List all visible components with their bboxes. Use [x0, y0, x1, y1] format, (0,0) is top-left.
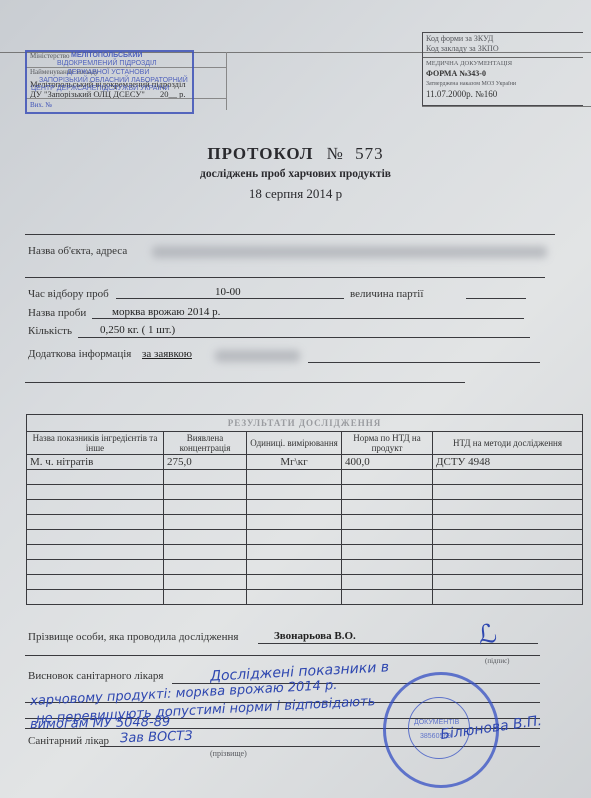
- table-cell: [342, 545, 433, 560]
- table-cell: [342, 590, 433, 605]
- table-cell: [342, 575, 433, 590]
- table-cell: [27, 530, 164, 545]
- table-row: [27, 500, 583, 515]
- batch-size-underline: [466, 298, 526, 299]
- table-cell: Мг\кг: [247, 455, 342, 470]
- table-row: [27, 590, 583, 605]
- stamp-line: ДЕРЖАВНОЇ УСТАНОВИ: [67, 69, 149, 76]
- rule-line: [25, 655, 540, 656]
- table-cell: [433, 545, 583, 560]
- sample-name-label: Назва проби: [28, 307, 86, 319]
- header-divider: [226, 52, 227, 110]
- researcher-label: Прізвище особи, яка проводила дослідженн…: [28, 631, 238, 643]
- table-cell: [247, 470, 342, 485]
- table-cell: [27, 560, 164, 575]
- approved-label: Затверджена наказом МОЗ України: [426, 81, 516, 87]
- protocol-date: 18 серпня 2014 р: [0, 186, 591, 202]
- table-cell: [433, 500, 583, 515]
- table-cell: [164, 485, 247, 500]
- underline: [308, 362, 540, 363]
- table-cell: [164, 575, 247, 590]
- table-cell: 275,0: [164, 455, 247, 470]
- table-cell: [247, 485, 342, 500]
- table-row: [27, 560, 583, 575]
- table-cell: [342, 500, 433, 515]
- surname-caption: (прізвище): [210, 749, 247, 758]
- table-cell: [164, 515, 247, 530]
- table-row: [27, 515, 583, 530]
- okud-label: Код форми за ЗКУД: [426, 34, 493, 43]
- batch-size-label: величина партії: [350, 288, 423, 300]
- table-cell: [342, 470, 433, 485]
- signature-caption: (підпис): [485, 657, 510, 665]
- table-cell: [164, 590, 247, 605]
- table-cell: [27, 545, 164, 560]
- table-cell: [433, 575, 583, 590]
- table-row: [27, 545, 583, 560]
- sampling-time-label: Час відбору проб: [28, 288, 109, 300]
- table-cell: [342, 515, 433, 530]
- table-cell: [164, 500, 247, 515]
- researcher-name: Звонарьова В.О.: [274, 630, 356, 642]
- table-row: [27, 530, 583, 545]
- protocol-label: ПРОТОКОЛ: [207, 144, 313, 163]
- underline: [92, 318, 524, 319]
- object-value-redacted: [152, 246, 547, 258]
- number-sign: №: [327, 144, 344, 163]
- column-header: НТД на методи дослідження: [433, 432, 583, 455]
- table-cell: [433, 470, 583, 485]
- table-cell: [342, 485, 433, 500]
- results-title: РЕЗУЛЬТАТИ ДОСЛІДЖЕННЯ: [27, 415, 583, 432]
- sampling-time-value: 10-00: [215, 286, 241, 298]
- form-code-box: Код форми за ЗКУД Код закладу за ЗКПО МЕ…: [422, 32, 583, 106]
- table-cell: [247, 545, 342, 560]
- table-cell: [342, 530, 433, 545]
- stamp-line: ЗАПОРІЗЬКИЙ ОБЛАСНИЙ ЛАБОРАТОРНИЙ: [39, 77, 188, 84]
- doctor-label: Санітарний лікар: [28, 735, 109, 747]
- doctor-value: Зав ВОСТЗ: [120, 729, 193, 747]
- table-cell: [164, 560, 247, 575]
- zkpo-label: Код закладу за ЗКПО: [426, 44, 499, 53]
- table-cell: [164, 470, 247, 485]
- column-header: Норма по НТД на продукт: [342, 432, 433, 455]
- underline: [78, 337, 530, 338]
- additional-info-redacted: [215, 350, 300, 362]
- table-cell: [164, 530, 247, 545]
- stamp-line: МЕЛІТОПОЛЬСЬКИЙ: [71, 52, 142, 59]
- results-header-row: Назва показників інгредієнтів та інше Ви…: [27, 432, 583, 455]
- protocol-title: ПРОТОКОЛ № 573: [0, 144, 591, 164]
- table-cell: [342, 560, 433, 575]
- table-cell: М. ч. нітратів: [27, 455, 164, 470]
- table-row: [27, 575, 583, 590]
- conclusion-label: Висновок санітарного лікаря: [28, 670, 163, 682]
- table-cell: [27, 575, 164, 590]
- table-cell: [164, 545, 247, 560]
- table-row: М. ч. нітратів275,0Мг\кг400,0ДСТУ 4948: [27, 455, 583, 470]
- box-divider: [423, 57, 583, 58]
- underline: [116, 298, 344, 299]
- header-bottom-line: [422, 106, 591, 107]
- table-cell: [247, 530, 342, 545]
- department-stamp: МЕЛІТОПОЛЬСЬКИЙ ВІДОКРЕМЛЕНИЙ ПІДРОЗДІЛ …: [25, 50, 194, 114]
- stamp-line: ЦЕНТР ДЕРЖСАНЕПІДСЛУЖБИ УКРАЇНИ: [31, 85, 170, 92]
- table-cell: ДСТУ 4948: [433, 455, 583, 470]
- form-number: ФОРМА №343-0: [426, 69, 486, 78]
- table-row: [27, 485, 583, 500]
- table-cell: [433, 485, 583, 500]
- table-cell: [247, 515, 342, 530]
- table-cell: [27, 515, 164, 530]
- approved-date: 11.07.2000р. №160: [426, 89, 497, 99]
- table-cell: [433, 515, 583, 530]
- table-cell: [433, 590, 583, 605]
- column-header: Виявлена концентрація: [164, 432, 247, 455]
- stamp-line: ВІДОКРЕМЛЕНИЙ ПІДРОЗДІЛ: [57, 60, 157, 67]
- column-header: Одиниці. вимірювання: [247, 432, 342, 455]
- object-label: Назва об'єкта, адреса: [28, 245, 127, 257]
- quantity-label: Кількість: [28, 325, 72, 337]
- column-header: Назва показників інгредієнтів та інше: [27, 432, 164, 455]
- rule-line: [25, 277, 545, 278]
- med-doc-label: МЕДИЧНА ДОКУМЕНТАЦІЯ: [426, 60, 512, 67]
- sample-name-value: морква врожаю 2014 р.: [112, 306, 220, 318]
- table-cell: [247, 575, 342, 590]
- table-cell: [27, 590, 164, 605]
- table-cell: [433, 530, 583, 545]
- rule-line: [25, 234, 555, 235]
- table-cell: [247, 590, 342, 605]
- results-table: РЕЗУЛЬТАТИ ДОСЛІДЖЕННЯ Назва показників …: [26, 414, 583, 605]
- table-cell: [27, 485, 164, 500]
- table-cell: [247, 500, 342, 515]
- protocol-number: 573: [355, 144, 384, 163]
- additional-info-value: за заявкою: [142, 348, 192, 360]
- table-row: [27, 470, 583, 485]
- protocol-subtitle: досліджень проб харчових продуктів: [0, 168, 591, 180]
- researcher-signature: ℒ: [476, 619, 500, 652]
- quantity-value: 0,250 кг. ( 1 шт.): [100, 324, 175, 336]
- table-cell: 400,0: [342, 455, 433, 470]
- table-cell: [433, 560, 583, 575]
- rule-line: [25, 382, 465, 383]
- additional-info-label: Додаткова інформація: [28, 348, 131, 360]
- table-cell: [27, 500, 164, 515]
- table-cell: [27, 470, 164, 485]
- table-cell: [247, 560, 342, 575]
